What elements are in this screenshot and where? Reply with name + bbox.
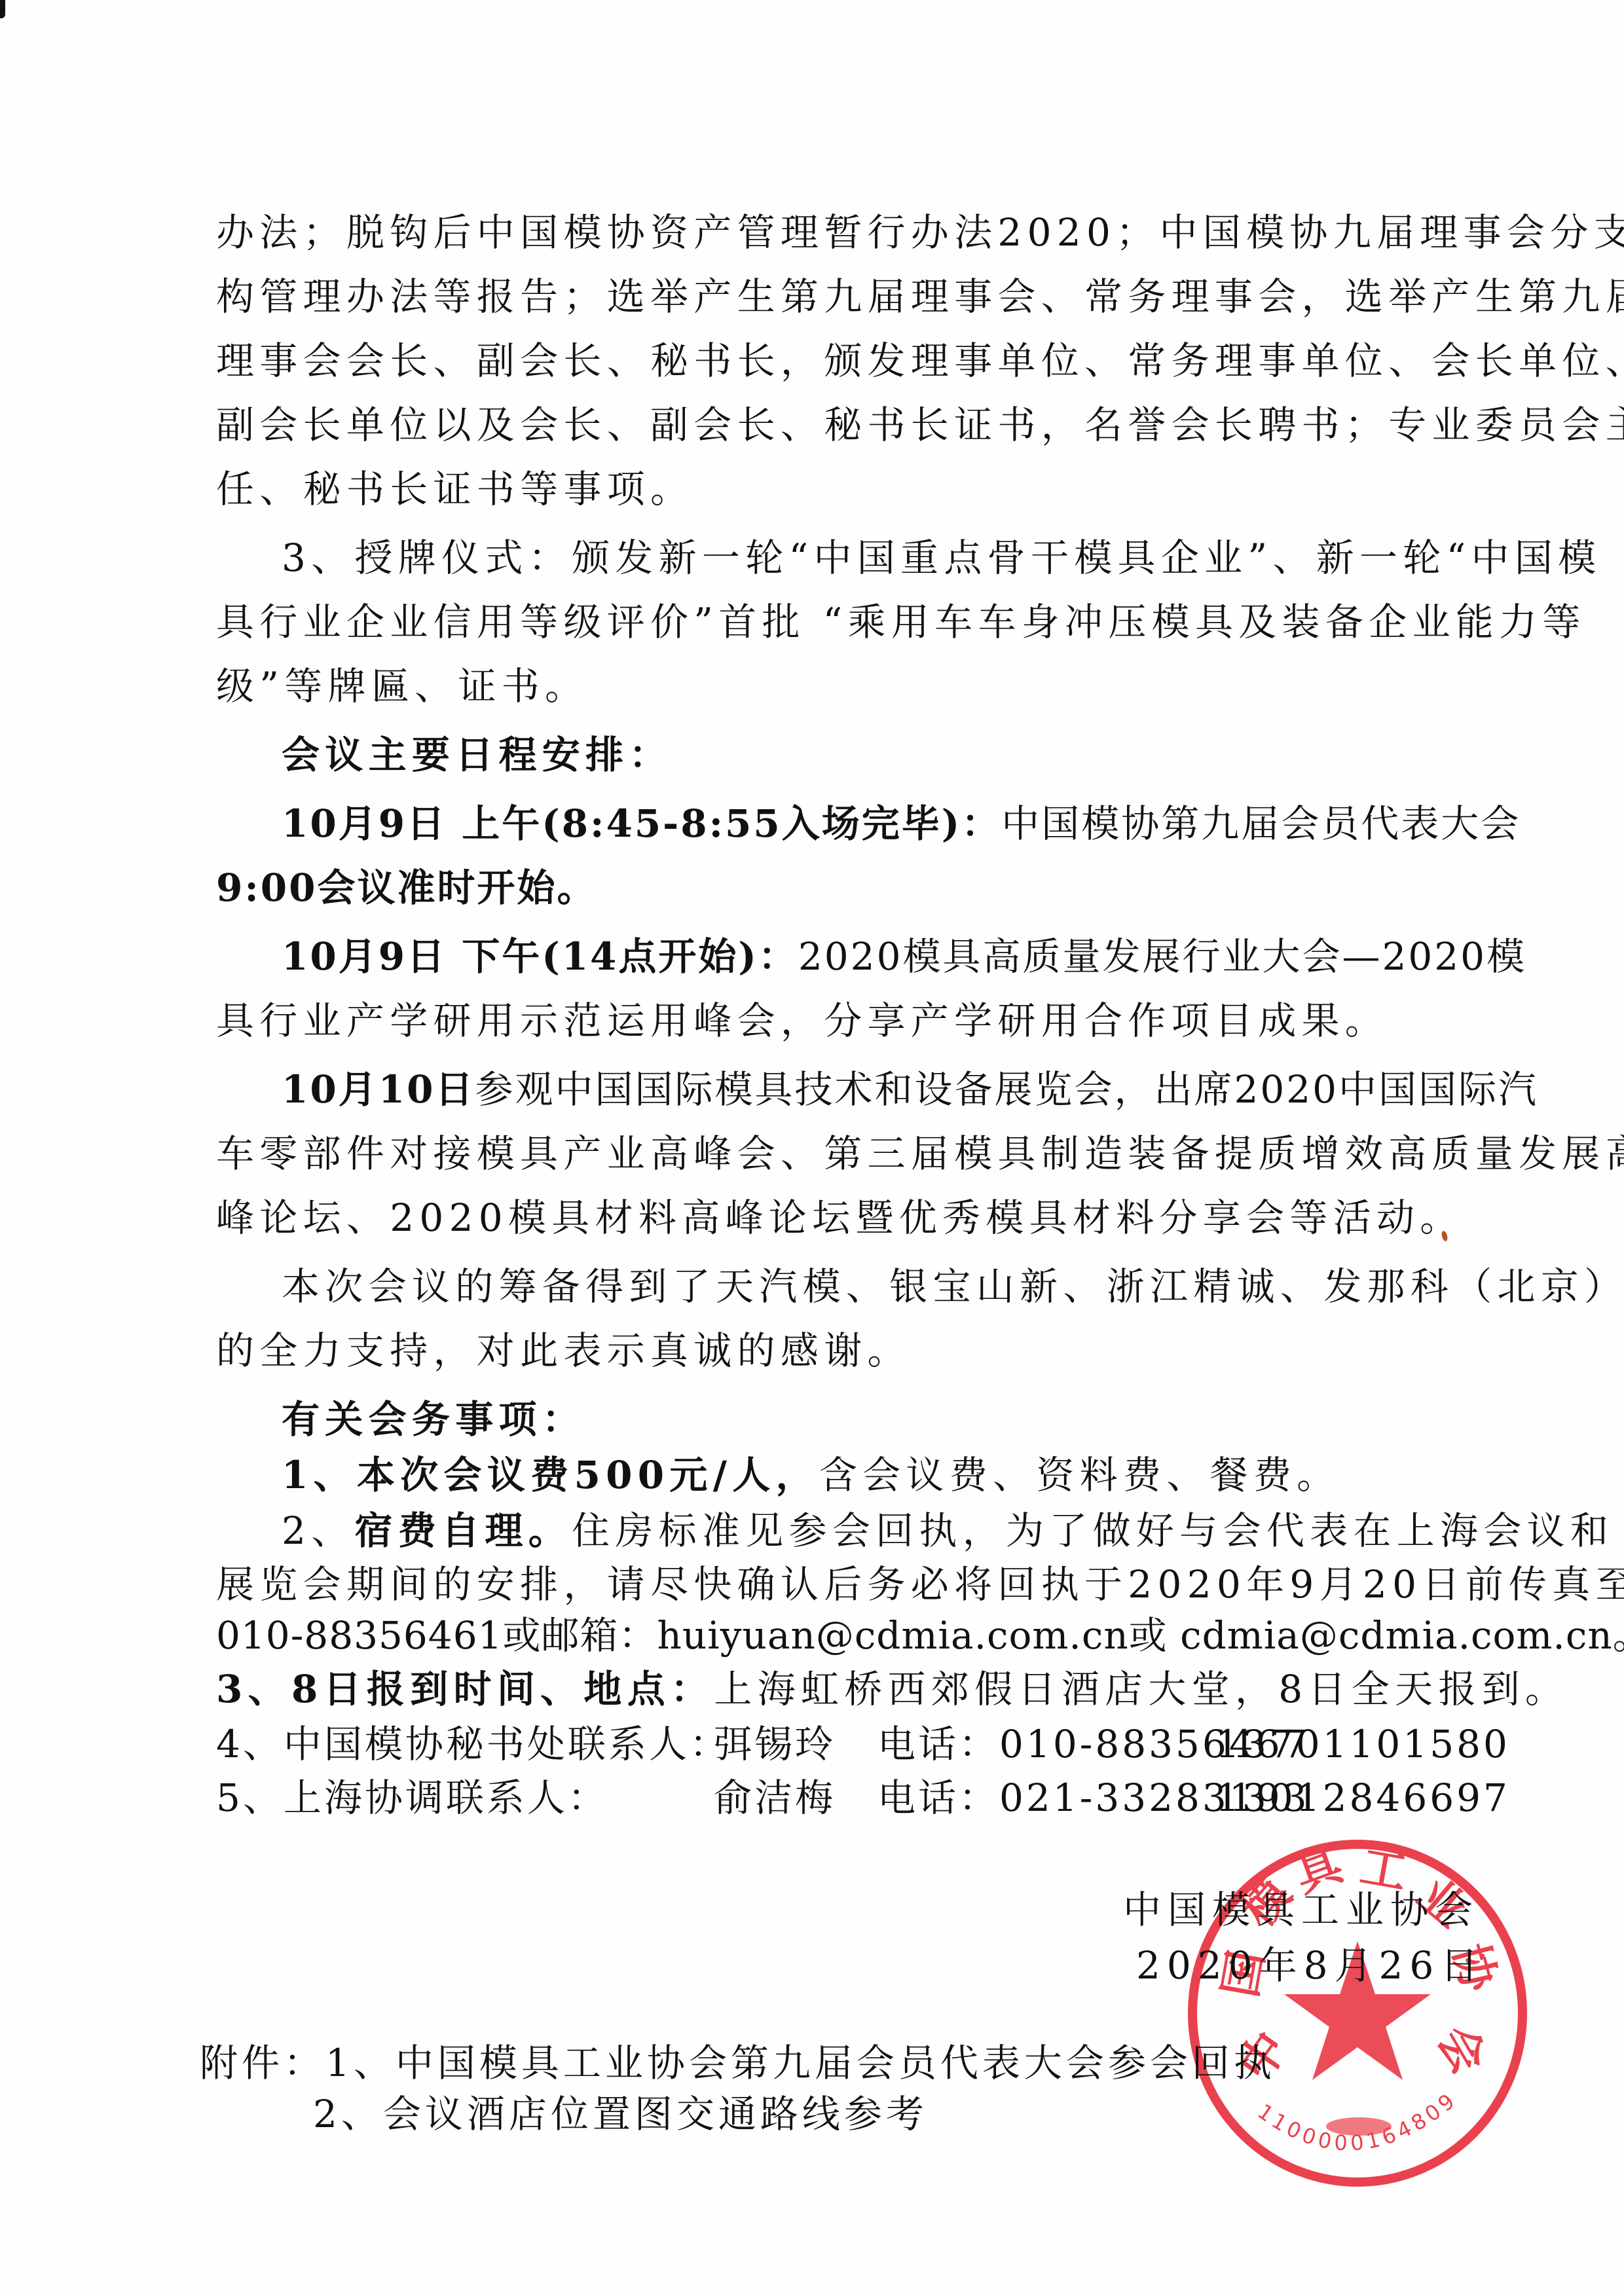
text-line: 副会长单位以及会长、副会长、秘书长证书，名誉会长聘书；专业委员会主 bbox=[216, 399, 1467, 450]
signature-organization: 中国模具工业协会 bbox=[1123, 1879, 1479, 1934]
schedule-event: 中国模协第九届会员代表大会 bbox=[1001, 801, 1521, 846]
attachments-line-1: 附件：1、中国模具工业协会第九届会员代表大会参会回执 bbox=[200, 2037, 1182, 2088]
schedule-event: 2020模具高质量发展行业大会—2020模 bbox=[798, 934, 1526, 979]
mobile-number: 13012846697 bbox=[1215, 1776, 1510, 1820]
checkin-label: 3、8日报到时间、地点： bbox=[216, 1667, 714, 1711]
schedule-time: 10月9日 下午(14点开始)： bbox=[282, 934, 798, 979]
contact-name: 弭锡玲 bbox=[714, 1719, 877, 1770]
signature-date: 2020年8月26日 bbox=[1136, 1935, 1485, 1990]
contact-name: 俞洁梅 bbox=[714, 1772, 877, 1823]
text-line: 具行业产学研用示范运用峰会，分享产学研用合作项目成果。 bbox=[216, 995, 1467, 1046]
contact-fax-email: 010-88356461或邮箱：huiyuan@cdmia.com.cn或 cd… bbox=[216, 1610, 1467, 1661]
section-heading-affairs: 有关会务事项： bbox=[282, 1394, 1467, 1445]
contact-label: 5、上海协调联系人： bbox=[216, 1772, 714, 1823]
affairs-item-1: 1、本次会议费500元/人，含会议费、资料费、餐费。 bbox=[282, 1449, 1467, 1501]
schedule-day2: 10月10日参观中国国际模具技术和设备展览会，出席2020中国国际汽 bbox=[282, 1064, 1467, 1115]
phone-number: 010-88356467 bbox=[999, 1719, 1215, 1770]
text-line: 办法；脱钩后中国模协资产管理暂行办法2020；中国模协九届理事会分支机 bbox=[216, 207, 1467, 258]
text-line: 级”等牌匾、证书。 bbox=[216, 661, 1467, 712]
schedule-day1-pm: 10月9日 下午(14点开始)：2020模具高质量发展行业大会—2020模 bbox=[282, 931, 1467, 982]
affairs-item-3: 3、8日报到时间、地点：上海虹桥西郊假日酒店大堂，8日全天报到。 bbox=[216, 1664, 1467, 1715]
schedule-time: 10月9日 上午(8:45-8:55入场完毕)： bbox=[282, 801, 1001, 846]
contact-label: 4、中国模协秘书处联系人： bbox=[216, 1719, 714, 1770]
text-line: 本次会议的筹备得到了天汽模、银宝山新、浙江精诚、发那科（北京） bbox=[282, 1261, 1467, 1312]
seal-code: 1100000164809 bbox=[1253, 2086, 1462, 2156]
phone-label: 电话： bbox=[877, 1776, 999, 1820]
section-heading-schedule: 会议主要日程安排： bbox=[282, 729, 1467, 780]
schedule-date: 10月10日 bbox=[282, 1067, 475, 1112]
affairs-item-5: 5、上海协调联系人：俞洁梅电话：021-3328319313012846697 bbox=[216, 1772, 1467, 1823]
text-line: 构管理办法等报告；选举产生第九届理事会、常务理事会，选举产生第九届 bbox=[216, 271, 1467, 322]
attachment-item: 1、中国模具工业协会第九届会员代表大会参会回执 bbox=[325, 2041, 1276, 2085]
text-line: 任、秘书长证书等事项。 bbox=[216, 464, 1467, 515]
attachment-item: 2、会议酒店位置图交通路线参考 bbox=[313, 2088, 1164, 2140]
schedule-day1-am: 10月9日 上午(8:45-8:55入场完毕)：中国模协第九届会员代表大会 bbox=[282, 798, 1467, 849]
mobile-number: 13701101580 bbox=[1215, 1722, 1510, 1766]
phone-label: 电话： bbox=[877, 1722, 999, 1766]
fee-includes: 含会议费、资料费、餐费。 bbox=[819, 1453, 1340, 1497]
schedule-event: 参观中国国际模具技术和设备展览会，出席2020中国国际汽 bbox=[475, 1067, 1538, 1112]
text-line: 的全力支持，对此表示真诚的感谢。 bbox=[216, 1325, 1467, 1376]
svg-text:1100000164809: 1100000164809 bbox=[1253, 2086, 1462, 2156]
text-line: 理事会会长、副会长、秘书长，颁发理事单位、常务理事单位、会长单位、 bbox=[216, 335, 1467, 386]
attachments-label: 附件： bbox=[200, 2041, 325, 2085]
lodging-note: 宿费自理。 bbox=[355, 1508, 572, 1553]
lodging-text: 住房标准见参会回执，为了做好与会代表在上海会议和 bbox=[572, 1508, 1614, 1553]
item-number: 2、 bbox=[282, 1508, 355, 1553]
text-line: 具行业企业信用等级评价”首批 “乘用车车身冲压模具及装备企业能力等 bbox=[216, 596, 1467, 647]
seal-char: 会 bbox=[1427, 2016, 1496, 2083]
text-line: 展览会期间的安排，请尽快确认后务必将回执于2020年9月20日前传真至 bbox=[216, 1559, 1467, 1610]
schedule-start-time: 9:00会议准时开始。 bbox=[216, 862, 1467, 913]
affairs-item-4: 4、中国模协秘书处联系人：弭锡玲电话：010-88356467137011015… bbox=[216, 1719, 1467, 1770]
document-page: 办法；脱钩后中国模协资产管理暂行办法2020；中国模协九届理事会分支机 构管理办… bbox=[0, 0, 1624, 2296]
text-line: 3、授牌仪式：颁发新一轮“中国重点骨干模具企业”、新一轮“中国模 bbox=[282, 532, 1467, 583]
scan-edge-mark bbox=[0, 0, 5, 18]
affairs-item-2: 2、宿费自理。住房标准见参会回执，为了做好与会代表在上海会议和 bbox=[282, 1505, 1467, 1556]
fee-text: 1、本次会议费500元/人， bbox=[282, 1453, 819, 1497]
text-line: 车零部件对接模具产业高峰会、第三届模具制造装备提质增效高质量发展高 bbox=[216, 1128, 1467, 1179]
text-line: 峰论坛、2020模具材料高峰论坛暨优秀模具材料分享会等活动。 bbox=[216, 1192, 1467, 1243]
phone-number: 021-33283193 bbox=[999, 1772, 1215, 1823]
checkin-text: 上海虹桥西郊假日酒店大堂，8日全天报到。 bbox=[714, 1667, 1568, 1711]
